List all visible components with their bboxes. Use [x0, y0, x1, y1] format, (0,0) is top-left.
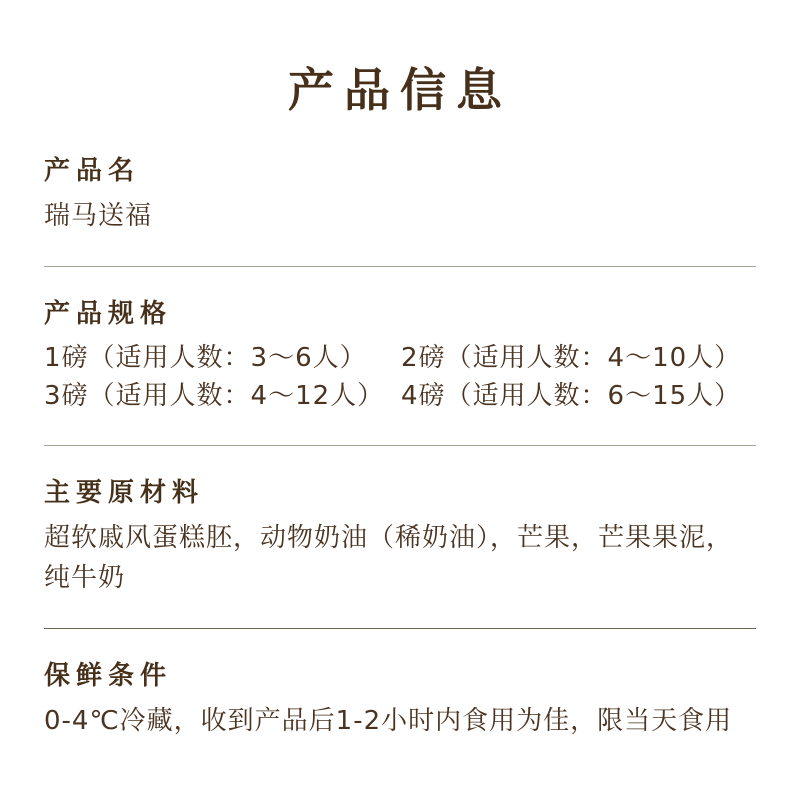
- section-divider: [44, 445, 756, 446]
- section-storage: 保鲜条件 0-4℃冷藏，收到产品后1-2小时内食用为佳，限当天食用: [44, 661, 756, 741]
- product-name-value: 瑞马送福: [44, 196, 756, 236]
- product-name-heading: 产品名: [44, 156, 756, 186]
- spec-item-2lb: 2磅（适用人数：4～10人）: [401, 339, 756, 377]
- spec-table: 1磅（适用人数：3～6人） 2磅（适用人数：4～10人） 3磅（适用人数：4～1…: [44, 339, 756, 415]
- ingredients-value: 超软戚风蛋糕胚，动物奶油（稀奶油），芒果，芒果果泥，纯牛奶: [44, 518, 756, 598]
- storage-value: 0-4℃冷藏，收到产品后1-2小时内食用为佳，限当天食用: [44, 701, 756, 741]
- ingredients-heading: 主要原材料: [44, 478, 756, 508]
- page-title: 产品信息: [0, 0, 800, 118]
- spec-item-4lb: 4磅（适用人数：6～15人）: [401, 377, 756, 415]
- section-divider: [44, 266, 756, 267]
- content-area: 产品名 瑞马送福 产品规格 1磅（适用人数：3～6人） 2磅（适用人数：4～10…: [0, 156, 800, 741]
- storage-heading: 保鲜条件: [44, 661, 756, 691]
- specs-heading: 产品规格: [44, 299, 756, 329]
- section-divider: [44, 628, 756, 629]
- section-product-name: 产品名 瑞马送福: [44, 156, 756, 236]
- spec-item-1lb: 1磅（适用人数：3～6人）: [44, 339, 401, 377]
- spec-item-3lb: 3磅（适用人数：4～12人）: [44, 377, 401, 415]
- section-specs: 产品规格 1磅（适用人数：3～6人） 2磅（适用人数：4～10人） 3磅（适用人…: [44, 299, 756, 415]
- product-info-page: 产品信息 产品名 瑞马送福 产品规格 1磅（适用人数：3～6人） 2磅（适用人数…: [0, 0, 800, 800]
- section-ingredients: 主要原材料 超软戚风蛋糕胚，动物奶油（稀奶油），芒果，芒果果泥，纯牛奶: [44, 478, 756, 598]
